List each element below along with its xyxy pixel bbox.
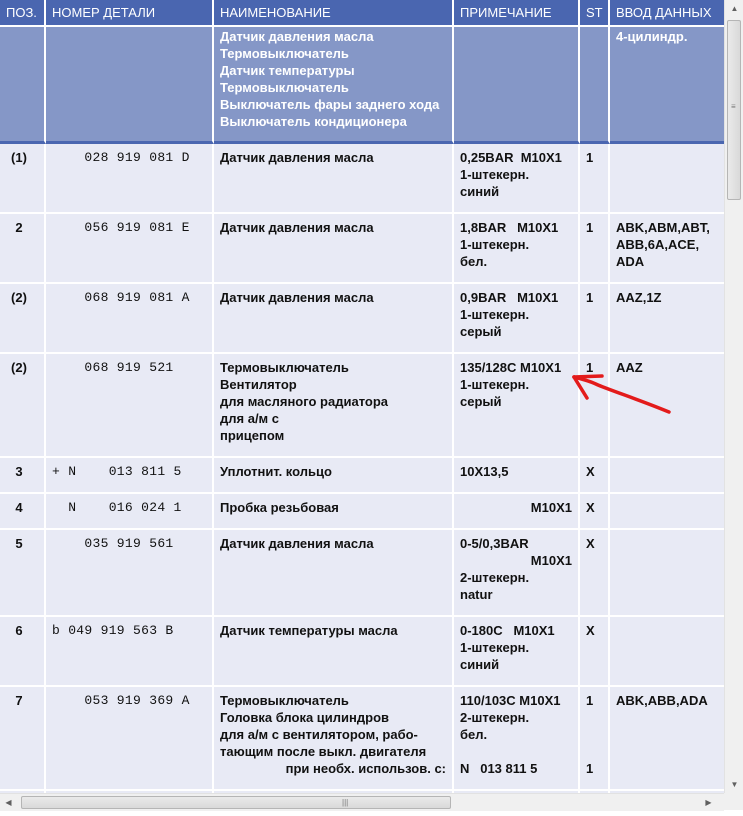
- table-row[interactable]: 3+ N 013 811 5Уплотнит. кольцо10X13,5X: [0, 458, 724, 494]
- cell-line: 1-штекерн.: [460, 639, 572, 656]
- cell-line: 1: [586, 149, 602, 166]
- cell-line: [586, 709, 602, 726]
- cell-line: Термовыключатель: [220, 359, 446, 376]
- cell-line: серый: [460, 323, 572, 340]
- group-note: [454, 25, 580, 144]
- cell-data-entry: [610, 144, 724, 214]
- cell-note: 10X13,5: [454, 458, 580, 494]
- cell-line: 0,25BAR M10X1: [460, 149, 572, 166]
- parts-table: ПОЗ. НОМЕР ДЕТАЛИ НАИМЕНОВАНИЕ ПРИМЕЧАНИ…: [0, 0, 724, 793]
- grip-icon: ≡: [731, 105, 738, 108]
- cell-line: natur: [460, 586, 572, 603]
- cell-line: X: [586, 463, 602, 480]
- cell-data-entry: [610, 494, 724, 530]
- group-st: [580, 25, 610, 144]
- cell-line: 1: [586, 760, 602, 777]
- cell-pos: 2: [0, 214, 46, 284]
- table-row[interactable]: 5 035 919 561Датчик давления масла0-5/0,…: [0, 530, 724, 617]
- cell-part-number: N 016 024 1: [46, 494, 214, 530]
- cell-line: Датчик давления масла: [220, 149, 446, 166]
- horizontal-scrollbar[interactable]: ◀ ||| ▶: [0, 793, 724, 811]
- cell-line: ABK,ABM,ABT,: [616, 219, 718, 236]
- cell-line: 1-штекерн.: [460, 236, 572, 253]
- group-header-row: Датчик давления масла Термовыключатель Д…: [0, 25, 724, 144]
- cell-line: 1: [586, 219, 602, 236]
- cell-line: 1-штекерн.: [460, 166, 572, 183]
- group-part: [46, 25, 214, 144]
- cell-line: при необх. использов. с:: [220, 760, 446, 777]
- cell-part-number: 028 919 081 D: [46, 144, 214, 214]
- cell-note: 110/103C M10X12-штекерн.бел. N 013 811 5: [454, 687, 580, 791]
- cell-note: M10X1: [454, 494, 580, 530]
- cell-part-number: 053 919 369 A: [46, 687, 214, 791]
- cell-line: 10X13,5: [460, 463, 572, 480]
- cell-name: Уплотнит. кольцо: [214, 458, 454, 494]
- header-data-entry[interactable]: ВВОД ДАННЫХ: [610, 0, 724, 25]
- cell-line: бел.: [460, 726, 572, 743]
- cell-note: 0-180C M10X11-штекерн.синий: [454, 617, 580, 687]
- cell-line: 135/128C M10X1: [460, 359, 572, 376]
- table-row[interactable]: (1) 028 919 081 DДатчик давления масла0,…: [0, 144, 724, 214]
- cell-line: Вентилятор: [220, 376, 446, 393]
- header-part-number[interactable]: НОМЕР ДЕТАЛИ: [46, 0, 214, 25]
- cell-name: Датчик давления масла: [214, 284, 454, 354]
- table-row[interactable]: (2) 068 919 521ТермовыключательВентилято…: [0, 354, 724, 458]
- cell-st: X: [580, 530, 610, 617]
- cell-st: 1: [580, 354, 610, 458]
- cell-line: Уплотнит. кольцо: [220, 463, 446, 480]
- header-pos[interactable]: ПОЗ.: [0, 0, 46, 25]
- cell-line: ABK,ABB,ADA: [616, 692, 718, 709]
- cell-line: синий: [460, 656, 572, 673]
- cell-st: 1: [580, 284, 610, 354]
- cell-line: M10X1: [460, 552, 572, 569]
- cell-st: X: [580, 494, 610, 530]
- table-header-row: ПОЗ. НОМЕР ДЕТАЛИ НАИМЕНОВАНИЕ ПРИМЕЧАНИ…: [0, 0, 724, 25]
- cell-line: Пробка резьбовая: [220, 499, 446, 516]
- cell-name: Датчик давления масла: [214, 214, 454, 284]
- cell-pos: (2): [0, 354, 46, 458]
- cell-pos: 3: [0, 458, 46, 494]
- cell-st: 1 1: [580, 687, 610, 791]
- cell-line: 0-180C M10X1: [460, 622, 572, 639]
- cell-name: Датчик температуры масла: [214, 617, 454, 687]
- cell-line: 0,9BAR M10X1: [460, 289, 572, 306]
- cell-note: 0-5/0,3BARM10X12-штекерн.natur: [454, 530, 580, 617]
- cell-line: 2-штекерн.: [460, 569, 572, 586]
- cell-line: синий: [460, 183, 572, 200]
- group-data-entry: 4-цилиндр.: [610, 25, 724, 144]
- cell-line: прицепом: [220, 427, 446, 444]
- cell-part-number: 035 919 561: [46, 530, 214, 617]
- cell-line: M10X1: [460, 499, 572, 516]
- scroll-right-arrow-icon[interactable]: ▶: [700, 794, 717, 811]
- table-row[interactable]: (2) 068 919 081 AДатчик давления масла0,…: [0, 284, 724, 354]
- cell-line: X: [586, 622, 602, 639]
- group-pos: [0, 25, 46, 144]
- cell-line: серый: [460, 393, 572, 410]
- vertical-scroll-thumb[interactable]: ≡: [727, 20, 741, 200]
- cell-st: X: [580, 617, 610, 687]
- cell-part-number: + N 013 811 5: [46, 458, 214, 494]
- cell-line: 1-штекерн.: [460, 306, 572, 323]
- cell-st: 1: [580, 214, 610, 284]
- cell-line: для а/м с вентилятором, рабо-: [220, 726, 446, 743]
- scroll-left-arrow-icon[interactable]: ◀: [0, 794, 17, 811]
- scroll-down-arrow-icon[interactable]: ▼: [725, 776, 743, 793]
- group-names: Датчик давления масла Термовыключатель Д…: [214, 25, 454, 144]
- cell-line: X: [586, 535, 602, 552]
- cell-data-entry: AAZ,1Z: [610, 284, 724, 354]
- cell-note: 1,8BAR M10X11-штекерн.бел.: [454, 214, 580, 284]
- group-name: Датчик температуры: [220, 62, 446, 79]
- cell-line: бел.: [460, 253, 572, 270]
- cell-line: Головка блока цилиндров: [220, 709, 446, 726]
- table-row[interactable]: 4 N 016 024 1Пробка резьбоваяM10X1X: [0, 494, 724, 530]
- cell-line: 110/103C M10X1: [460, 692, 572, 709]
- header-st[interactable]: ST: [580, 0, 610, 25]
- cell-line: [586, 743, 602, 760]
- table-row[interactable]: 2 056 919 081 EДатчик давления масла1,8B…: [0, 214, 724, 284]
- cell-line: Датчик температуры масла: [220, 622, 446, 639]
- cell-name: Датчик давления масла: [214, 144, 454, 214]
- cell-line: 0-5/0,3BAR: [460, 535, 572, 552]
- horizontal-scroll-thumb[interactable]: |||: [21, 796, 451, 809]
- vertical-scrollbar[interactable]: ▲ ≡ ▼: [724, 0, 743, 793]
- grip-icon: |||: [342, 798, 348, 807]
- table-row[interactable]: 6b 049 919 563 BДатчик температуры масла…: [0, 617, 724, 687]
- cell-data-entry: AAZ: [610, 354, 724, 458]
- cell-name: ТермовыключательГоловка блока цилиндровд…: [214, 687, 454, 791]
- cell-line: X: [586, 499, 602, 516]
- cell-line: Термовыключатель: [220, 692, 446, 709]
- cell-name: Датчик давления масла: [214, 530, 454, 617]
- scrollbar-corner: [724, 793, 743, 810]
- cell-line: ADA: [616, 253, 718, 270]
- cell-note: 0,25BAR M10X11-штекерн.синий: [454, 144, 580, 214]
- cell-line: 1: [586, 359, 602, 376]
- cell-line: для масляного радиатора: [220, 393, 446, 410]
- cell-line: ABB,6A,ACE,: [616, 236, 718, 253]
- group-name: Датчик давления масла: [220, 28, 446, 45]
- cell-line: [586, 726, 602, 743]
- cell-line: 1: [586, 692, 602, 709]
- cell-part-number: 068 919 081 A: [46, 284, 214, 354]
- cell-note: 0,9BAR M10X11-штекерн.серый: [454, 284, 580, 354]
- header-name[interactable]: НАИМЕНОВАНИЕ: [214, 0, 454, 25]
- cell-pos: (2): [0, 284, 46, 354]
- group-name: Термовыключатель: [220, 45, 446, 62]
- cell-pos: (1): [0, 144, 46, 214]
- cell-line: [460, 743, 572, 760]
- cell-part-number: 056 919 081 E: [46, 214, 214, 284]
- cell-st: 1: [580, 144, 610, 214]
- cell-line: Датчик давления масла: [220, 535, 446, 552]
- parts-table-viewport: ПОЗ. НОМЕР ДЕТАЛИ НАИМЕНОВАНИЕ ПРИМЕЧАНИ…: [0, 0, 724, 793]
- header-note[interactable]: ПРИМЕЧАНИЕ: [454, 0, 580, 25]
- cell-name: Пробка резьбовая: [214, 494, 454, 530]
- cell-data-entry: ABK,ABM,ABT,ABB,6A,ACE,ADA: [610, 214, 724, 284]
- cell-pos: 5: [0, 530, 46, 617]
- cell-pos: 4: [0, 494, 46, 530]
- cell-line: N 013 811 5: [460, 760, 572, 777]
- scroll-up-arrow-icon[interactable]: ▲: [725, 0, 743, 17]
- cell-data-entry: [610, 458, 724, 494]
- cell-line: AAZ,1Z: [616, 289, 718, 306]
- cell-line: 1,8BAR M10X1: [460, 219, 572, 236]
- cell-data-entry: [610, 617, 724, 687]
- cell-st: X: [580, 458, 610, 494]
- cell-line: Датчик давления масла: [220, 289, 446, 306]
- group-name: Выключатель фары заднего хода: [220, 96, 446, 113]
- cell-line: тающим после выкл. двигателя: [220, 743, 446, 760]
- cell-data-entry: ABK,ABB,ADA: [610, 687, 724, 791]
- group-name: Выключатель кондиционера: [220, 113, 446, 130]
- cell-line: 2-штекерн.: [460, 709, 572, 726]
- cell-data-entry: [610, 530, 724, 617]
- cell-part-number: b 049 919 563 B: [46, 617, 214, 687]
- cell-line: AAZ: [616, 359, 718, 376]
- cell-line: 1-штекерн.: [460, 376, 572, 393]
- cell-part-number: 068 919 521: [46, 354, 214, 458]
- table-row[interactable]: 7 053 919 369 AТермовыключательГоловка б…: [0, 687, 724, 791]
- cell-line: для а/м с: [220, 410, 446, 427]
- cell-pos: 7: [0, 687, 46, 791]
- group-name: Термовыключатель: [220, 79, 446, 96]
- cell-pos: 6: [0, 617, 46, 687]
- cell-line: 1: [586, 289, 602, 306]
- cell-name: ТермовыключательВентилятордля масляного …: [214, 354, 454, 458]
- cell-note: 135/128C M10X11-штекерн.серый: [454, 354, 580, 458]
- cell-line: Датчик давления масла: [220, 219, 446, 236]
